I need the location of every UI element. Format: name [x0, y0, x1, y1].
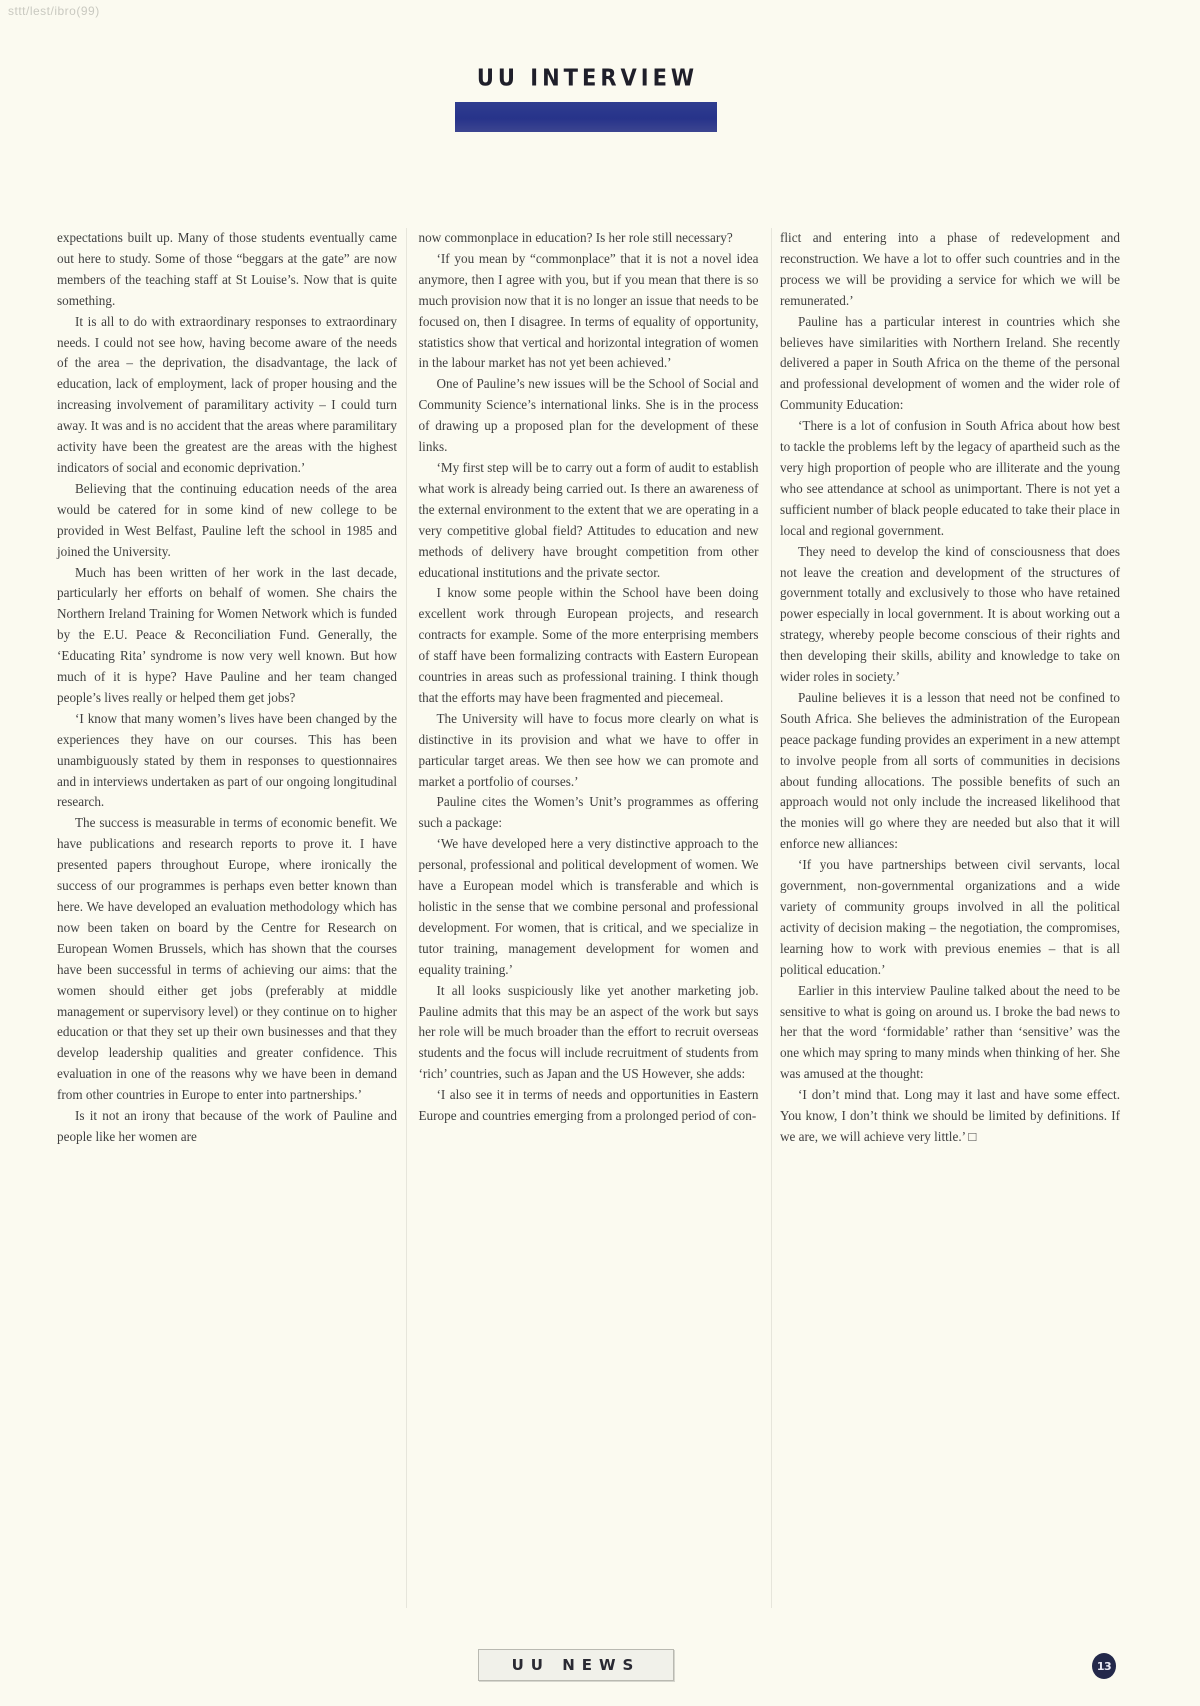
archive-reference-note: sttt/lest/ibro(99) [8, 4, 100, 18]
paragraph: One of Pauline’s new issues will be the … [419, 374, 759, 458]
publication-badge: UU NEWS [478, 1649, 674, 1681]
paragraph: flict and entering into a phase of redev… [780, 228, 1120, 312]
article-body: expectations built up. Many of those stu… [57, 228, 1120, 1596]
paragraph: ‘We have developed here a very distincti… [419, 834, 759, 980]
paragraph: Is it not an irony that because of the w… [57, 1106, 397, 1148]
section-header: UU INTERVIEW [455, 66, 720, 132]
article-column-1: expectations built up. Many of those stu… [57, 228, 397, 1596]
paragraph: ‘I don’t mind that. Long may it last and… [780, 1085, 1120, 1148]
paragraph: Pauline believes it is a lesson that nee… [780, 688, 1120, 855]
paragraph: Earlier in this interview Pauline talked… [780, 981, 1120, 1086]
paragraph: expectations built up. Many of those stu… [57, 228, 397, 312]
paragraph: They need to develop the kind of conscio… [780, 542, 1120, 688]
paragraph: Much has been written of her work in the… [57, 563, 397, 709]
header-accent-bar [455, 102, 717, 132]
paragraph: ‘I know that many women’s lives have bee… [57, 709, 397, 814]
paragraph: ‘My first step will be to carry out a fo… [419, 458, 759, 583]
paragraph: ‘There is a lot of confusion in South Af… [780, 416, 1120, 541]
paragraph: Pauline has a particular interest in cou… [780, 312, 1120, 417]
paragraph: The success is measurable in terms of ec… [57, 813, 397, 1106]
paragraph: ‘If you mean by “commonplace” that it is… [419, 249, 759, 374]
paragraph: Pauline cites the Women’s Unit’s program… [419, 792, 759, 834]
paragraph: ‘I also see it in terms of needs and opp… [419, 1085, 759, 1127]
paragraph: It is all to do with extraordinary respo… [57, 312, 397, 479]
column-divider [406, 228, 407, 1608]
article-column-3: flict and entering into a phase of redev… [780, 228, 1120, 1596]
page-number-badge: 13 [1092, 1653, 1116, 1679]
column-divider [771, 228, 772, 1608]
paragraph: The University will have to focus more c… [419, 709, 759, 793]
paragraph: It all looks suspiciously like yet anoth… [419, 981, 759, 1086]
paragraph: Believing that the continuing education … [57, 479, 397, 563]
section-title: UU INTERVIEW [455, 65, 720, 91]
paragraph: now commonplace in education? Is her rol… [419, 228, 759, 249]
paragraph: I know some people within the School hav… [419, 583, 759, 708]
article-column-2: now commonplace in education? Is her rol… [419, 228, 759, 1596]
paragraph: ‘If you have partnerships between civil … [780, 855, 1120, 980]
